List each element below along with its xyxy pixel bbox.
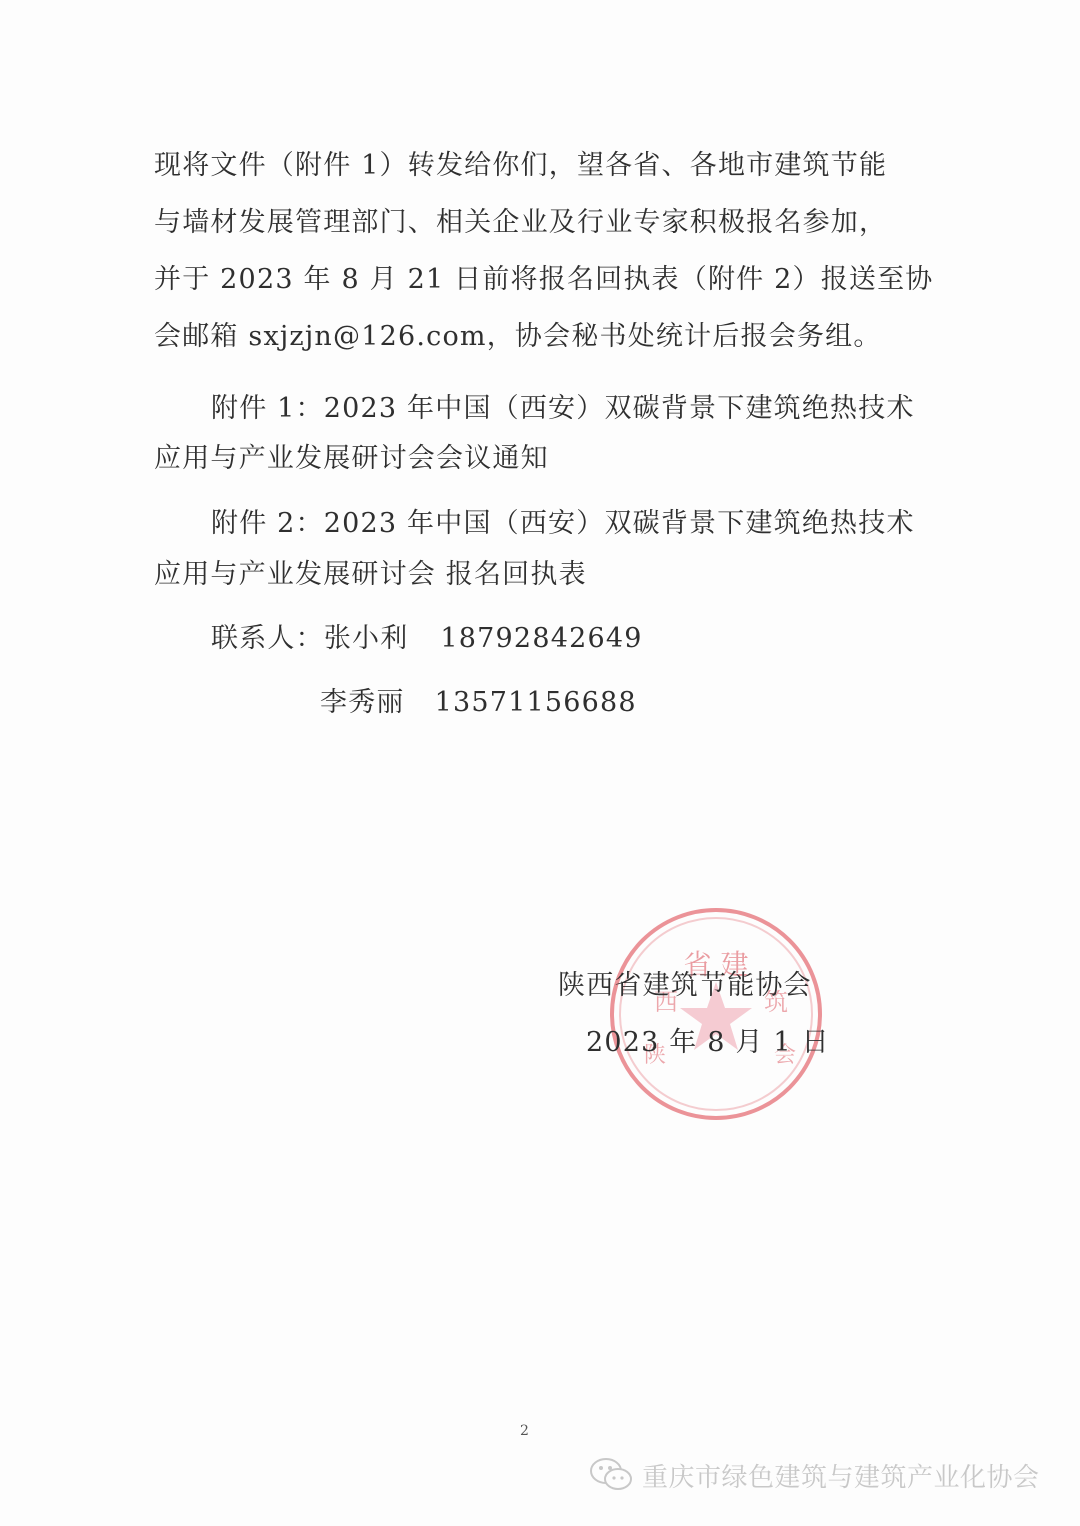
attachment-2-line-1: 附件 2：2023 年中国（西安）双碳背景下建筑绝热技术 <box>211 506 915 542</box>
watermark: 重庆市绿色建筑与建筑产业化协会 <box>588 1455 1040 1495</box>
seal-star-icon: 省 建 西 筑 会 陕 <box>614 912 818 1116</box>
signature-organization: 陕西省建筑节能协会 <box>558 968 812 1004</box>
watermark-text: 重庆市绿色建筑与建筑产业化协会 <box>642 1457 1040 1494</box>
contact-name: 李秀丽 <box>320 687 405 718</box>
contact-row-2: 李秀丽13571156688 <box>320 685 637 721</box>
page-number: 2 <box>520 1423 529 1439</box>
contact-phone: 13571156688 <box>435 687 637 718</box>
document-page: 现将文件（附件 1）转发给你们，望各省、各地市建筑节能 与墙材发展管理部门、相关… <box>0 0 1080 1526</box>
contact-label: 联系人： <box>211 623 324 654</box>
body-line-1: 现将文件（附件 1）转发给你们，望各省、各地市建筑节能 <box>154 148 887 184</box>
body-line-4: 会邮箱 sxjzjn@126.com，协会秘书处统计后报会务组。 <box>154 319 882 355</box>
contact-name: 张小利 <box>324 623 409 654</box>
attachment-1-line-1: 附件 1：2023 年中国（西安）双碳背景下建筑绝热技术 <box>211 391 915 427</box>
attachment-1-line-2: 应用与产业发展研讨会会议通知 <box>154 441 549 477</box>
body-line-3: 并于 2023 年 8 月 21 日前将报名回执表（附件 2）报送至协 <box>154 262 934 298</box>
contact-phone: 18792842649 <box>440 623 642 654</box>
signature-date: 2023 年 8 月 1 日 <box>586 1025 830 1061</box>
official-seal-stamp: 省 建 西 筑 会 陕 <box>610 908 822 1120</box>
wechat-icon <box>588 1455 636 1495</box>
contact-row-1: 联系人：张小利18792842649 <box>211 621 643 657</box>
body-line-2: 与墙材发展管理部门、相关企业及行业专家积极报名参加， <box>154 205 887 241</box>
attachment-2-line-2: 应用与产业发展研讨会 报名回执表 <box>154 557 587 593</box>
